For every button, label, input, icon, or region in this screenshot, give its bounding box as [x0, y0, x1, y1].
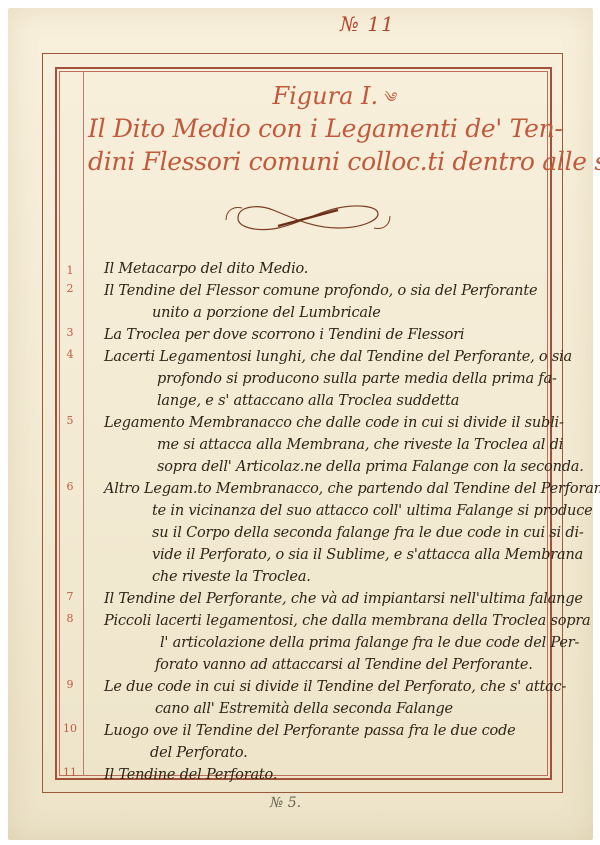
entry-text: te in vicinanza del suo attacco coll' ul… — [60, 500, 550, 522]
title-block: Figura I.༄ Il Dito Medio con i Legamenti… — [88, 82, 550, 178]
entry-number: 6 — [60, 480, 80, 493]
entry-number: 9 — [60, 678, 80, 691]
entry-text: Le due code in cui si divide il Tendine … — [60, 676, 550, 698]
entry-text: La Troclea per dove scorrono i Tendini d… — [60, 324, 550, 346]
entry-text: profondo si producono sulla parte media … — [60, 368, 550, 390]
entry-text: Il Tendine del Flessor comune profondo, … — [60, 280, 550, 302]
entry-text: sopra dell' Articolaz.ne della prima Fal… — [60, 456, 550, 478]
title-line-2: dini Flessori comuni colloc.ti dentro al… — [88, 145, 550, 178]
legend-list: 1 Il Metacarpo del dito Medio. 2 Il Tend… — [60, 258, 550, 786]
legend-entry-2: 2 Il Tendine del Flessor comune profondo… — [60, 280, 550, 324]
legend-entry-5: 5 Legamento Membranacco che dalle code i… — [60, 412, 550, 478]
entry-text: Il Tendine del Perforante, che và ad imp… — [60, 588, 550, 610]
entry-text: su il Corpo della seconda falange fra le… — [60, 522, 550, 544]
calligraphic-ornament-icon — [218, 198, 398, 238]
entry-text: l' articolazione della prima falange fra… — [60, 632, 550, 654]
legend-entry-3: 3 La Troclea per dove scorrono i Tendini… — [60, 324, 550, 346]
entry-text: Legamento Membranacco che dalle code in … — [60, 412, 550, 434]
entry-text: Piccoli lacerti legamentosi, che dalla m… — [60, 610, 550, 632]
entry-text: Il Tendine del Perforato. — [60, 764, 550, 786]
entry-text: me si attacca alla Membrana, che riveste… — [60, 434, 550, 456]
legend-entry-9: 9 Le due code in cui si divide il Tendin… — [60, 676, 550, 720]
entry-number: 11 — [60, 766, 80, 779]
entry-text: Lacerti Legamentosi lunghi, che dal Tend… — [60, 346, 550, 368]
legend-entry-10: 10 Luogo ove il Tendine del Perforante p… — [60, 720, 550, 764]
entry-text: forato vanno ad attaccarsi al Tendine de… — [60, 654, 550, 676]
entry-number: 1 — [60, 264, 80, 277]
entry-text: unito a porzione del Lumbricale — [60, 302, 550, 324]
entry-text: lange, e s' attaccano alla Troclea sudde… — [60, 390, 550, 412]
entry-text: che riveste la Troclea. — [60, 566, 550, 588]
entry-number: 2 — [60, 282, 80, 295]
flourish-icon: ༄ — [382, 90, 395, 106]
entry-text: Il Metacarpo del dito Medio. — [60, 258, 550, 280]
entry-number: 5 — [60, 414, 80, 427]
legend-entry-7: 7 Il Tendine del Perforante, che và ad i… — [60, 588, 550, 610]
entry-number: 10 — [60, 722, 80, 735]
entry-number: 7 — [60, 590, 80, 603]
entry-number: 4 — [60, 348, 80, 361]
legend-entry-11: 11 Il Tendine del Perforato. — [60, 764, 550, 786]
entry-text: del Perforato. — [60, 742, 550, 764]
entry-text: vide il Perforato, o sia il Sublime, e s… — [60, 544, 550, 566]
legend-entry-1: 1 Il Metacarpo del dito Medio. — [60, 258, 550, 280]
folio-mark: № 5. — [270, 795, 301, 811]
title-line-1: Il Dito Medio con i Legamenti de' Ten- — [88, 112, 550, 145]
entry-number: 8 — [60, 612, 80, 625]
legend-entry-6: 6 Altro Legam.to Membranacco, che parten… — [60, 478, 550, 588]
entry-text: Altro Legam.to Membranacco, che partendo… — [60, 478, 550, 500]
figure-heading: Figura I.༄ — [118, 82, 550, 112]
legend-entry-8: 8 Piccoli lacerti legamentosi, che dalla… — [60, 610, 550, 676]
page-number: № 11 — [340, 12, 395, 36]
entry-text: Luogo ove il Tendine del Perforante pass… — [60, 720, 550, 742]
legend-entry-4: 4 Lacerti Legamentosi lunghi, che dal Te… — [60, 346, 550, 412]
entry-number: 3 — [60, 326, 80, 339]
figure-label: Figura I. — [272, 82, 378, 110]
entry-text: cano all' Estremità della seconda Falang… — [60, 698, 550, 720]
